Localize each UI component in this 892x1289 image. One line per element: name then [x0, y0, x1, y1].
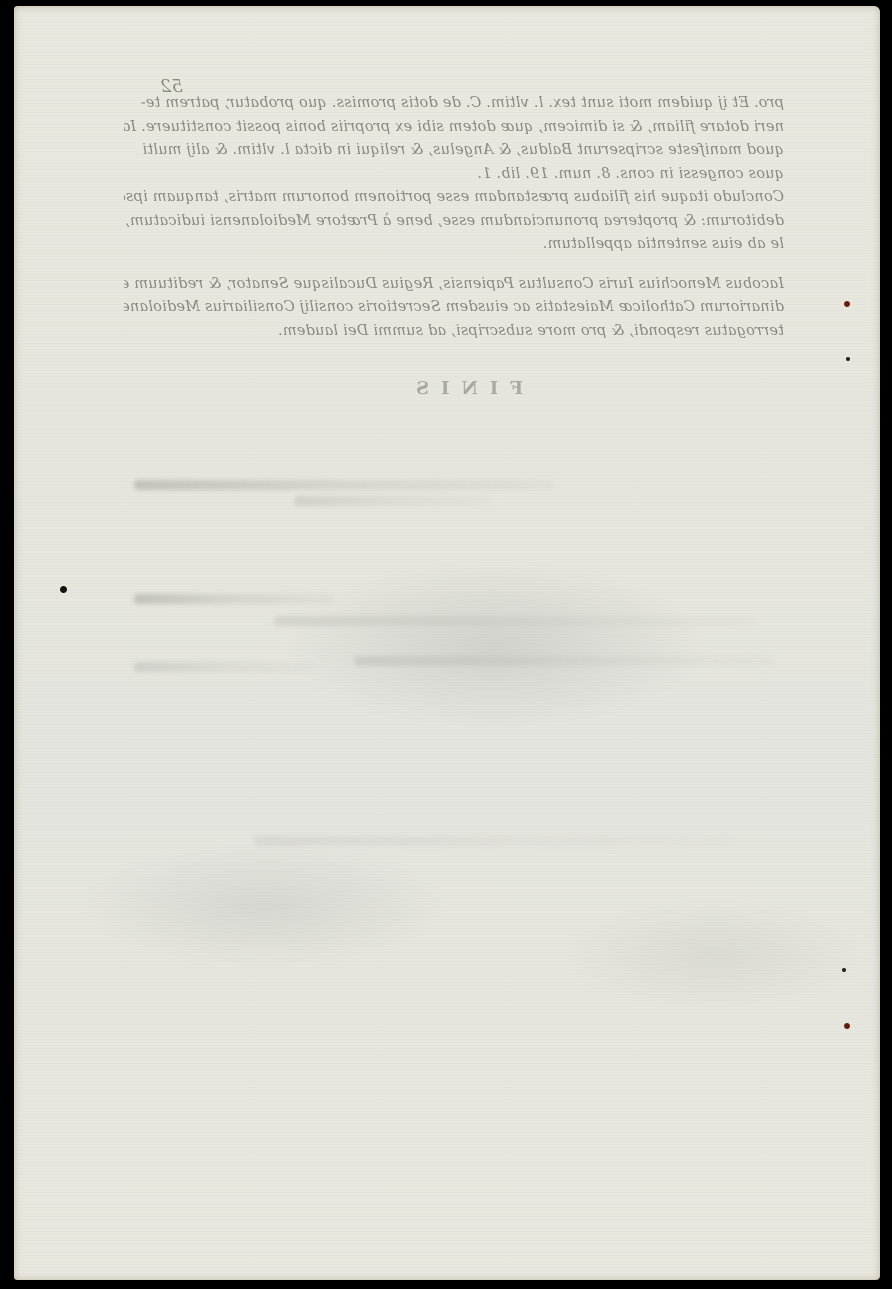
faint-show-through	[134, 594, 334, 604]
text-line: dinariorum Catholicæ Maiestatis ac eiusd…	[124, 296, 784, 320]
finis-word: FINIS	[404, 378, 523, 399]
text-line: Iacobus Menochius Iuris Consultus Papien…	[124, 273, 784, 297]
text-line: pro. Et ij quidem moti sunt tex. l. vlti…	[124, 92, 784, 116]
faint-show-through	[134, 480, 554, 490]
scanned-page: 52 pro. Et ij quidem moti sunt tex. l. v…	[14, 6, 880, 1280]
faint-show-through	[134, 662, 314, 672]
text-line: terrogatus respondi, & pro more subscrip…	[124, 320, 784, 344]
ink-spot	[844, 1023, 850, 1029]
ink-spot	[844, 301, 850, 307]
ink-spot	[842, 968, 846, 972]
text-line: le ab eius sententia appellatum.	[124, 233, 784, 257]
text-line: neri dotare filiam, & si dimicem, quæ do…	[124, 116, 784, 140]
ink-spot	[60, 586, 67, 593]
faint-show-through	[254, 836, 734, 846]
faint-show-through	[354, 656, 774, 666]
faint-show-through	[274, 616, 754, 626]
text-line: quos congessi in cons. 8. num. 19. lib. …	[124, 163, 784, 187]
text-line: quod manifeste scripserunt Baldus, & Ang…	[124, 139, 784, 163]
text-line: debitorum: & propterea pronunciandum ess…	[124, 210, 784, 234]
ink-spot	[846, 357, 850, 361]
text-line: Concludo itaque his filiabus præstandam …	[124, 186, 784, 210]
show-through-text-block: pro. Et ij quidem moti sunt tex. l. vlti…	[124, 92, 784, 343]
faint-show-through	[294, 496, 494, 506]
